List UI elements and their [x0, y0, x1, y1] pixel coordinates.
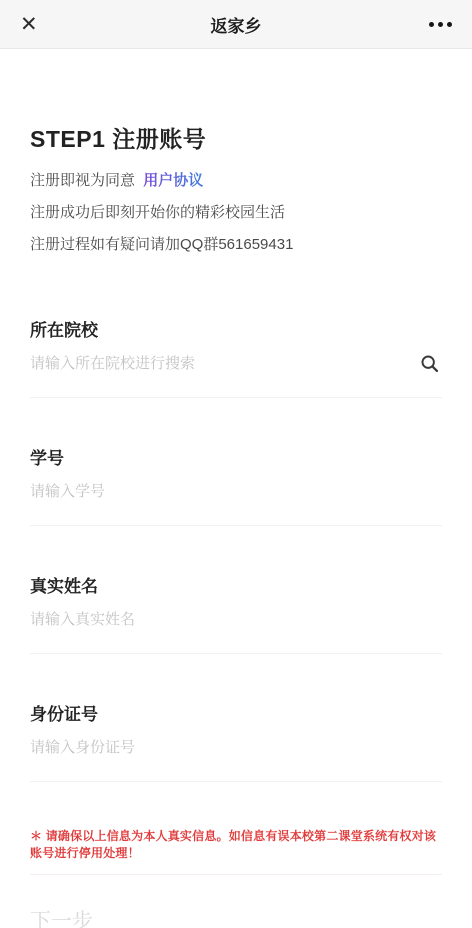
intro-line-2: 注册成功后即刻开始你的精彩校园生活 — [30, 204, 442, 223]
real-name-label: 真实姓名 — [30, 572, 442, 597]
close-icon[interactable]: ✕ — [20, 14, 50, 35]
more-icon[interactable] — [422, 14, 452, 34]
id-number-input[interactable] — [30, 739, 442, 756]
school-input-row — [30, 355, 442, 398]
user-agreement-link[interactable]: 用户协议 — [143, 172, 203, 189]
field-student-id: 学号 — [30, 444, 442, 526]
student-id-label: 学号 — [30, 444, 442, 469]
agree-prefix: 注册即视为同意 — [30, 172, 135, 189]
real-name-input-row — [30, 611, 442, 654]
search-icon[interactable] — [419, 353, 440, 374]
field-id-number: 身份证号 — [30, 700, 442, 782]
student-id-input[interactable] — [30, 483, 442, 500]
next-step-button[interactable]: 下一步 — [30, 905, 93, 928]
page-title: 返家乡 — [50, 12, 422, 37]
agreement-line: 注册即视为同意 用户协议 — [30, 172, 442, 191]
student-id-input-row — [30, 483, 442, 526]
id-number-label: 身份证号 — [30, 700, 442, 725]
intro-line-3: 注册过程如有疑问请加QQ群561659431 — [30, 236, 442, 255]
real-name-input[interactable] — [30, 611, 442, 628]
id-number-input-row — [30, 739, 442, 782]
truth-warning-text: ＊ 请确保以上信息为本人真实信息。如信息有误本校第二课堂系统有权对该账号进行停用… — [30, 828, 442, 875]
step-heading: STEP1 注册账号 — [30, 121, 442, 154]
school-search-input[interactable] — [30, 355, 442, 372]
registration-form: STEP1 注册账号 注册即视为同意 用户协议 注册成功后即刻开始你的精彩校园生… — [0, 121, 472, 928]
field-real-name: 真实姓名 — [30, 572, 442, 654]
webview-header: ✕ 返家乡 — [0, 0, 472, 49]
school-label: 所在院校 — [30, 316, 442, 341]
field-school: 所在院校 — [30, 316, 442, 398]
